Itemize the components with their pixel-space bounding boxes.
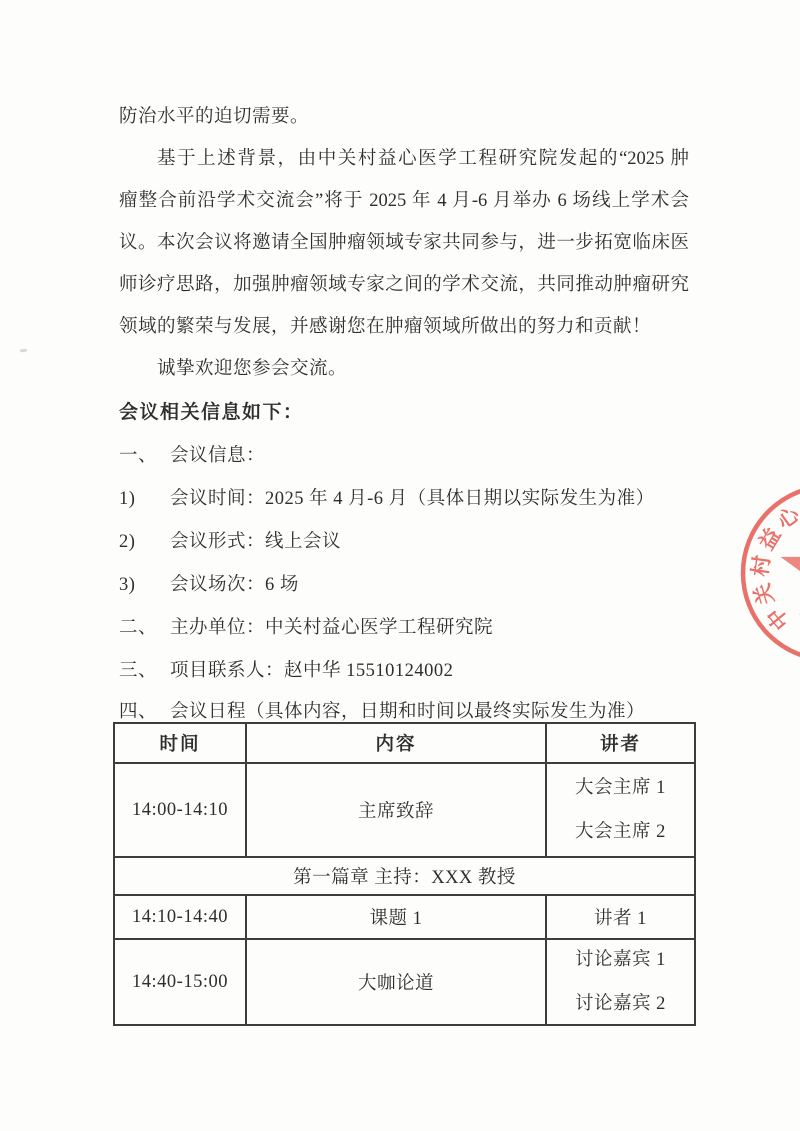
list-text: 会议形式：线上会议 [170, 529, 689, 556]
list-item: 2)会议形式：线上会议 [119, 529, 689, 556]
cell-speakers: 讨论嘉宾 1 讨论嘉宾 2 [546, 939, 695, 1025]
body-line: 议。本次会议将邀请全国肿瘤领域专家共同参与，进一步拓宽临床医 [119, 230, 689, 257]
list-marker: 3) [119, 572, 170, 599]
section-heading: 会议相关信息如下： [119, 399, 689, 426]
table-row: 14:40-15:00 大咖论道 讨论嘉宾 1 讨论嘉宾 2 [114, 939, 695, 1025]
welcome-line: 诚挚欢迎您参会交流。 [119, 356, 689, 383]
chapter-row: 第一篇章 主持：XXX 教授 [114, 857, 695, 895]
list-marker: 三、 [119, 658, 170, 685]
table-row: 14:00-14:10 主席致辞 大会主席 1 大会主席 2 [114, 763, 695, 857]
list-text: 会议场次：6 场 [170, 572, 689, 599]
cell-speakers: 讲者 1 [546, 895, 695, 939]
list-item: 三、项目联系人：赵中华 15510124002 [119, 658, 689, 685]
list-marker: 一、 [119, 443, 170, 470]
list-item: 3)会议场次：6 场 [119, 572, 689, 599]
list-marker: 2) [119, 529, 170, 556]
table-row: 14:10-14:40 课题 1 讲者 1 [114, 895, 695, 939]
cell-speakers: 大会主席 1 大会主席 2 [546, 763, 695, 857]
body-line: 师诊疗思路，加强肿瘤领域专家之间的学术交流，共同推动肿瘤研究 [119, 272, 689, 299]
header-cell-content: 内容 [246, 723, 546, 763]
cell-content: 主席致辞 [246, 763, 546, 857]
list-item: 1)会议时间：2025 年 4 月-6 月（具体日期以实际发生为准） [119, 486, 689, 513]
table-header-row: 时间 内容 讲者 [114, 723, 695, 763]
list-text: 会议信息： [170, 443, 689, 470]
list-marker: 二、 [119, 615, 170, 642]
list-item: 二、主办单位：中关村益心医学工程研究院 [119, 615, 689, 642]
body-line: 基于上述背景，由中关村益心医学工程研究院发起的“2025 肿 [119, 146, 689, 173]
cell-time: 14:10-14:40 [114, 895, 246, 939]
body-line: 防治水平的迫切需要。 [119, 104, 689, 131]
speaker-line: 讨论嘉宾 2 [547, 993, 694, 1015]
chapter-cell: 第一篇章 主持：XXX 教授 [114, 857, 695, 895]
header-cell-speaker: 讲者 [546, 723, 695, 763]
list-text: 会议时间：2025 年 4 月-6 月（具体日期以实际发生为准） [170, 486, 689, 513]
cell-time: 14:40-15:00 [114, 939, 246, 1025]
scanned-letter-page: 防治水平的迫切需要。 基于上述背景，由中关村益心医学工程研究院发起的“2025 … [0, 0, 800, 1131]
speaker-line: 讨论嘉宾 1 [547, 949, 694, 971]
header-cell-time: 时间 [114, 723, 246, 763]
schedule-table: 时间 内容 讲者 14:00-14:10 主席致辞 大会主席 1 大会主席 2 … [113, 722, 696, 1026]
official-seal: 中关村益心医学工程研究院 [700, 450, 800, 700]
list-marker: 1) [119, 486, 170, 513]
list-text: 主办单位：中关村益心医学工程研究院 [170, 615, 689, 642]
list-text: 项目联系人：赵中华 15510124002 [170, 658, 689, 685]
speaker-line: 大会主席 1 [547, 777, 694, 799]
cell-content: 大咖论道 [246, 939, 546, 1025]
cell-content: 课题 1 [246, 895, 546, 939]
body-line: 领域的繁荣与发展，并感谢您在肿瘤领域所做出的努力和贡献！ [119, 314, 689, 341]
body-line: 瘤整合前沿学术交流会”将于 2025 年 4 月-6 月举办 6 场线上学术会 [119, 188, 689, 215]
speaker-line: 大会主席 2 [547, 821, 694, 843]
cell-time: 14:00-14:10 [114, 763, 246, 857]
scan-artifact-speck [20, 349, 27, 353]
list-item: 一、会议信息： [119, 443, 689, 470]
